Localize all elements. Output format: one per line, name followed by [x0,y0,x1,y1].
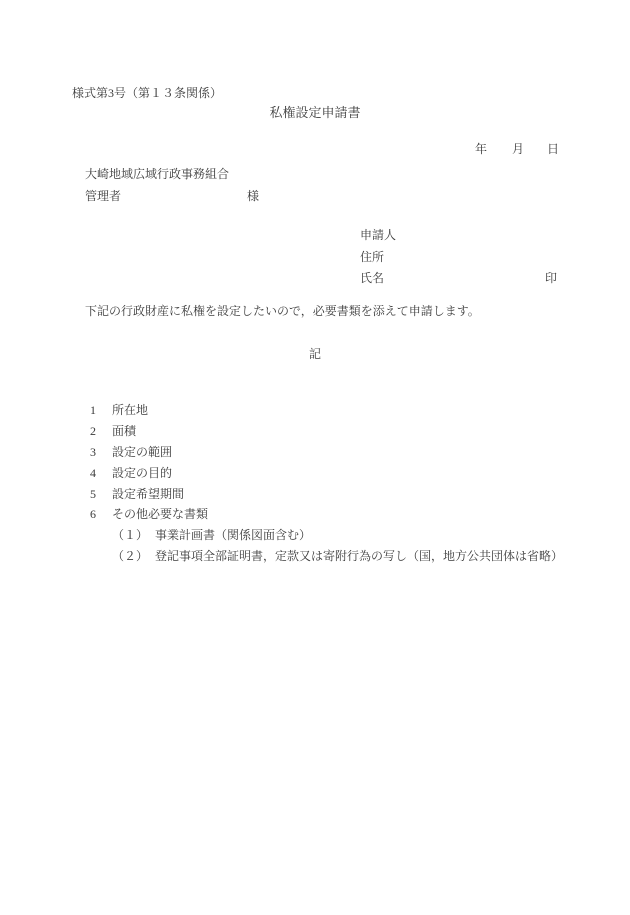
applicant-name-label: 氏名 [360,270,384,286]
sub-list-item: （２）登記事項全部証明書，定款又は寄附行為の写し（国，地方公共団体は省略） [100,532,563,580]
applicant-label: 申請人 [360,227,396,243]
addressee-manager-label: 管理者 [85,188,121,204]
sub-list-item-number: （２） [112,548,155,564]
applicant-address-label: 住所 [360,249,384,265]
document-title: 私権設定申請書 [0,105,630,121]
body-text: 下記の行政財産に私権を設定したいので，必要書類を添えて申請します。 [85,303,480,319]
date-month-label: 月 [512,141,524,157]
seal-label: 印 [545,270,557,286]
date-year-label: 年 [475,141,487,157]
record-heading: 記 [0,346,630,362]
sub-list-item-label: 登記事項全部証明書，定款又は寄附行為の写し（国，地方公共団体は省略） [155,549,563,563]
addressee-organization: 大崎地域広域行政事務組合 [85,166,229,182]
date-day-label: 日 [547,141,559,157]
addressee-honorific: 様 [247,188,259,204]
form-number: 様式第3号（第１３条関係） [72,85,222,101]
document-page: 様式第3号（第１３条関係） 私権設定申請書 年 月 日 大崎地域広域行政事務組合… [0,0,630,915]
